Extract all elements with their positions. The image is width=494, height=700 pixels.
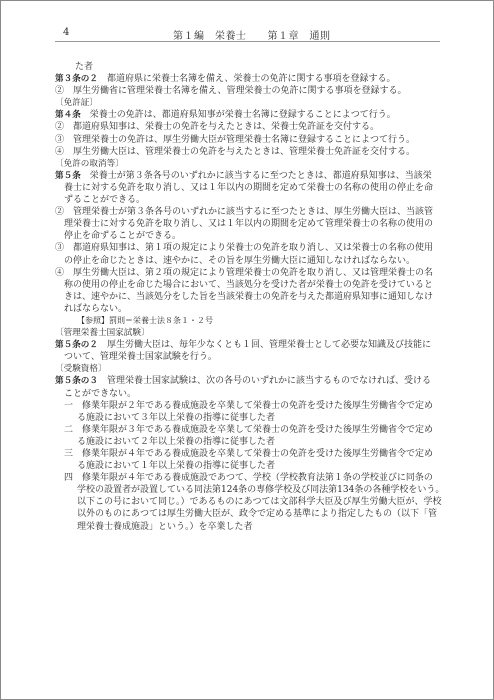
text-line: きは、速やかに、当該処分をした旨を当該栄養士の免許を与えた都道府県知事に通知しな… [55,291,445,303]
text-line: 停止を命ずることができる。 [55,230,445,242]
text-line: 学校の設置者が設置している同法第124条の専修学校及び同法第134条の各種学校を… [55,484,445,496]
text-line: ことができない。 [55,388,445,400]
article-number: 第５条 [55,171,81,181]
line-text: ③ 管理栄養士の免許は、厚生労働大臣が管理栄養士名簿に登録することによつて行う。 [55,135,415,145]
text-line: の停止を命じたときは、速やかに、その旨を厚生労働大臣に通知しなければならない。 [55,255,445,267]
text-line: 三 修業年限が４年である養成施設を卒業して栄養士の免許を受けた後厚生労働省令で定… [55,448,445,460]
line-text: 四 修業年限が４年である養成施設であつて、学校（学校教育法第１条の学校並びに同条… [64,473,433,483]
text-line: 第４条 栄養士の免許は、都道府県知事が栄養士名簿に登録することによつて行う。 [55,109,445,121]
section-heading: 〔受験資格〕 [55,363,445,375]
text-line: 第５条の３ 管理栄養士国家試験は、次の各号のいずれかに該当するものでなければ、受… [55,375,445,387]
line-text: 〔免許証〕 [55,98,98,108]
section-heading: 〔管理栄養士国家試験〕 [55,327,445,339]
line-text: ずることができる。 [64,195,145,205]
text-line: ② 都道府県知事は、栄養士の免許を与えたときは、栄養士免許証を交付する。 [55,121,445,133]
article-number: 第５条の３ [55,376,98,386]
text-line: る施設において２年以上栄養の指導に従事した者 [55,436,445,448]
document-body: た者第３条の２ 都道府県に栄養士名簿を備え、栄養士の免許に関する事項を登録する。… [55,61,445,533]
text-line: 養士に対する免許を取り消し、又は１年以内の期間を定めて栄養士の名称の使用の停止を… [55,182,445,194]
text-line: ずることができる。 [55,194,445,206]
line-text: た者 [75,62,93,72]
text-line: ④ 厚生労働大臣は、第２項の規定により管理栄養士の免許を取り消し、又は管理栄養士… [55,267,445,279]
line-text: ④ 厚生労働大臣は、第２項の規定により管理栄養士の免許を取り消し、又は管理栄養士… [55,268,433,278]
text-line: ついて、管理栄養士国家試験を行う。 [55,351,445,363]
line-text: ② 都道府県知事は、栄養士の免許を与えたときは、栄養士免許証を交付する。 [55,122,379,132]
line-text: 〔免許の取消等〕 [55,159,124,169]
section-heading: 〔免許証〕 [55,97,445,109]
line-text: 管理栄養士国家試験は、次の各号のいずれかに該当するものでなければ、受ける [98,376,431,386]
text-line: ③ 管理栄養士の免許は、厚生労働大臣が管理栄養士名簿に登録することによつて行う。 [55,134,445,146]
line-text: 一 修業年限が２年である養成施設を卒業して栄養士の免許を受けた後厚生労働省令で定… [64,401,433,411]
text-line: 称の使用の停止を命じた場合において、当該処分を受けた者が栄養士の免許を受けている… [55,279,445,291]
text-line: 以下この号において同じ。）であるものにあつては文部科学大臣及び厚生労働大臣が、学… [55,496,445,508]
text-line: ④ 厚生労働大臣は、管理栄養士の免許を与えたときは、管理栄養士免許証を交付する。 [55,146,445,158]
text-line: ③ 都道府県知事は、第１項の規定により栄養士の免許を取り消し、又は栄養士の名称の… [55,242,445,254]
line-text: きは、速やかに、当該処分をした旨を当該栄養士の免許を与えた都道府県知事に通知しな… [64,292,433,302]
page-number: 4 [63,27,69,38]
line-text: 〔受験資格〕 [55,364,107,374]
text-line: 【参照】罰則＝栄養士法８条１・２号 [55,315,445,327]
page-header: 4 第１編 栄養士 第１章 通則 [55,21,440,42]
text-line: 第３条の２ 都道府県に栄養士名簿を備え、栄養士の免許に関する事項を登録する。 [55,73,445,85]
line-text: 厚生労働大臣は、毎年少なくとも１回、管理栄養士として必要な知識及び技能に [98,340,431,350]
text-line: た者 [55,61,445,73]
line-text: 停止を命ずることができる。 [64,231,181,241]
running-title: 第１編 栄養士 第１章 通則 [173,27,331,42]
line-text: 以下この号において同じ。）であるものにあつては文部科学大臣及び厚生労働大臣が、学… [77,497,442,507]
line-text: ② 管理栄養士が第３条各号のいずれかに該当するに至つたときは、厚生労働大臣は、当… [55,207,433,217]
section-heading: 〔免許の取消等〕 [55,158,445,170]
line-text: 都道府県に栄養士名簿を備え、栄養士の免許に関する事項を登録する。 [98,74,396,84]
text-line: 理栄養士養成施設」という。）を卒業した者 [55,521,445,533]
line-text: ④ 厚生労働大臣は、管理栄養士の免許を与えたときは、管理栄養士免許証を交付する。 [55,147,415,157]
line-text: 理栄養士に対する免許を取り消し、又は１年以内の期間を定めて管理栄養士の名称の使用… [64,219,433,229]
line-text: 【参照】罰則＝栄養士法８条１・２号 [77,316,213,325]
line-text: 学校の設置者が設置している同法第124条の専修学校及び同法第134条の各種学校を… [77,485,444,495]
text-line: 以外のものにあつては厚生労働大臣が、政令で定める基準により指定したもの（以下「管 [55,508,445,520]
line-text: 三 修業年限が４年である養成施設を卒業して栄養士の免許を受けた後厚生労働省令で定… [64,449,433,459]
line-text: 〔管理栄養士国家試験〕 [55,328,150,338]
line-text: ② 厚生労働省に管理栄養士名簿を備え、管理栄養士の免許に関する事項を登録する。 [55,86,407,96]
line-text: ればならない。 [64,304,127,314]
article-number: 第４条 [55,110,81,120]
line-text: る施設において２年以上栄養の指導に従事した者 [77,437,275,447]
article-number: 第３条の２ [55,74,98,84]
document-page: 4 第１編 栄養士 第１章 通則 た者第３条の２ 都道府県に栄養士名簿を備え、栄… [0,0,494,700]
line-text: る施設において３年以上栄養の指導に従事した者 [77,413,275,423]
text-line: ればならない。 [55,303,445,315]
text-line: 一 修業年限が２年である養成施設を卒業して栄養士の免許を受けた後厚生労働省令で定… [55,400,445,412]
text-line: 第５条 栄養士が第３条各号のいずれかに該当するに至つたときは、都道府県知事は、当… [55,170,445,182]
line-text: 称の使用の停止を命じた場合において、当該処分を受けた者が栄養士の免許を受けている… [64,280,433,290]
line-text: 以外のものにあつては厚生労働大臣が、政令で定める基準により指定したもの（以下「管 [77,509,437,519]
text-line: 第５条の２ 厚生労働大臣は、毎年少なくとも１回、管理栄養士として必要な知識及び技… [55,339,445,351]
line-text: の停止を命じたときは、速やかに、その旨を厚生労働大臣に通知しなければならない。 [64,256,415,266]
line-text: 二 修業年限が３年である養成施設を卒業して栄養士の免許を受けた後厚生労働省令で定… [64,425,433,435]
text-line: 理栄養士に対する免許を取り消し、又は１年以内の期間を定めて管理栄養士の名称の使用… [55,218,445,230]
text-line: ② 厚生労働省に管理栄養士名簿を備え、管理栄養士の免許に関する事項を登録する。 [55,85,445,97]
text-line: る施設において１年以上栄養の指導に従事した者 [55,460,445,472]
line-text: 養士に対する免許を取り消し、又は１年以内の期間を定めて栄養士の名称の使用の停止を… [64,183,433,193]
text-line: 四 修業年限が４年である養成施設であつて、学校（学校教育法第１条の学校並びに同条… [55,472,445,484]
line-text: ③ 都道府県知事は、第１項の規定により栄養士の免許を取り消し、又は栄養士の名称の… [55,243,433,253]
line-text: 栄養士が第３条各号のいずれかに該当するに至つたときは、都道府県知事は、当該栄 [81,171,432,181]
article-number: 第５条の２ [55,340,98,350]
line-text: 理栄養士養成施設」という。）を卒業した者 [77,522,253,532]
line-text: ついて、管理栄養士国家試験を行う。 [64,352,217,362]
text-line: ② 管理栄養士が第３条各号のいずれかに該当するに至つたときは、厚生労働大臣は、当… [55,206,445,218]
line-text: ことができない。 [64,389,136,399]
line-text: 栄養士の免許は、都道府県知事が栄養士名簿に登録することによつて行う。 [81,110,396,120]
text-line: 二 修業年限が３年である養成施設を卒業して栄養士の免許を受けた後厚生労働省令で定… [55,424,445,436]
text-line: る施設において３年以上栄養の指導に従事した者 [55,412,445,424]
line-text: る施設において１年以上栄養の指導に従事した者 [77,461,275,471]
